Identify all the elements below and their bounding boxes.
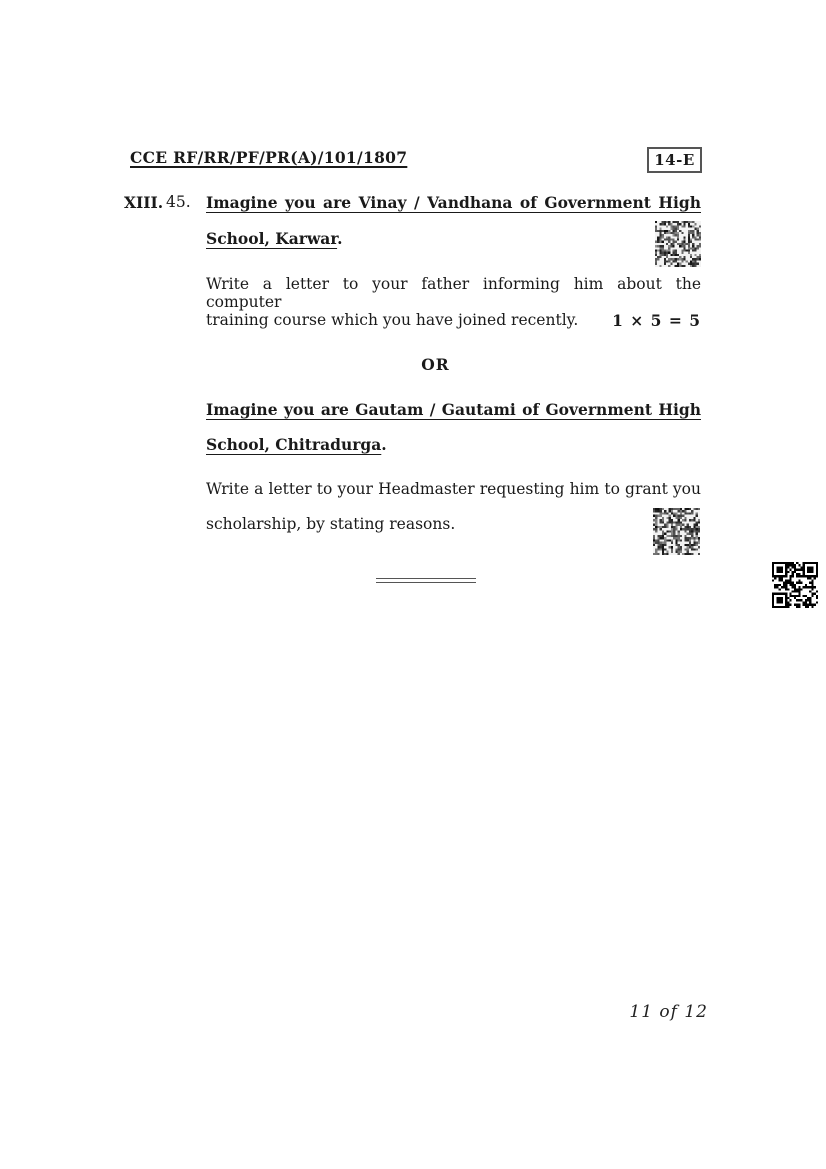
option-a-body-line2: training course which you have joined re… [206, 311, 578, 330]
marks-label: 1 × 5 = 5 [612, 311, 701, 330]
option-a-heading-line1: Imagine you are Vinay / Vandhana of Gove… [206, 193, 701, 212]
section-number: XIII. [124, 193, 163, 212]
question-number: 45. [166, 193, 191, 211]
exam-paper-page: CCE RF/RR/PF/PR(A)/101/1807 14-E XIII. 4… [0, 0, 826, 1169]
qr-code-icon [772, 562, 818, 608]
page-number: 11 of 12 [628, 1002, 708, 1022]
version-badge: 14-E [647, 147, 702, 173]
qr-code-icon [655, 221, 701, 267]
option-b-heading-line1: Imagine you are Gautam / Gautami of Gove… [206, 400, 701, 419]
option-b-heading-line2-underlined: School, Chitradurga [206, 435, 381, 454]
qr-code-icon [653, 508, 700, 555]
end-divider [376, 578, 476, 583]
option-b-heading-period: . [381, 435, 386, 454]
option-a-body-line2-row: training course which you have joined re… [206, 311, 701, 330]
paper-code: CCE RF/RR/PF/PR(A)/101/1807 [130, 148, 407, 167]
option-a-heading-line2-underlined: School, Karwar [206, 229, 337, 248]
or-separator: OR [170, 355, 701, 374]
option-a-body-line1: Write a letter to your father informing … [206, 275, 701, 311]
option-b-heading-line2: School, Chitradurga. [206, 435, 701, 454]
option-a-heading-line2: School, Karwar. [206, 229, 701, 248]
option-b-body-line2: scholarship, by stating reasons. [206, 515, 701, 533]
option-b-body-line1: Write a letter to your Headmaster reques… [206, 480, 701, 498]
version-badge-label: 14-E [654, 151, 695, 169]
option-a-heading-period: . [337, 229, 342, 248]
